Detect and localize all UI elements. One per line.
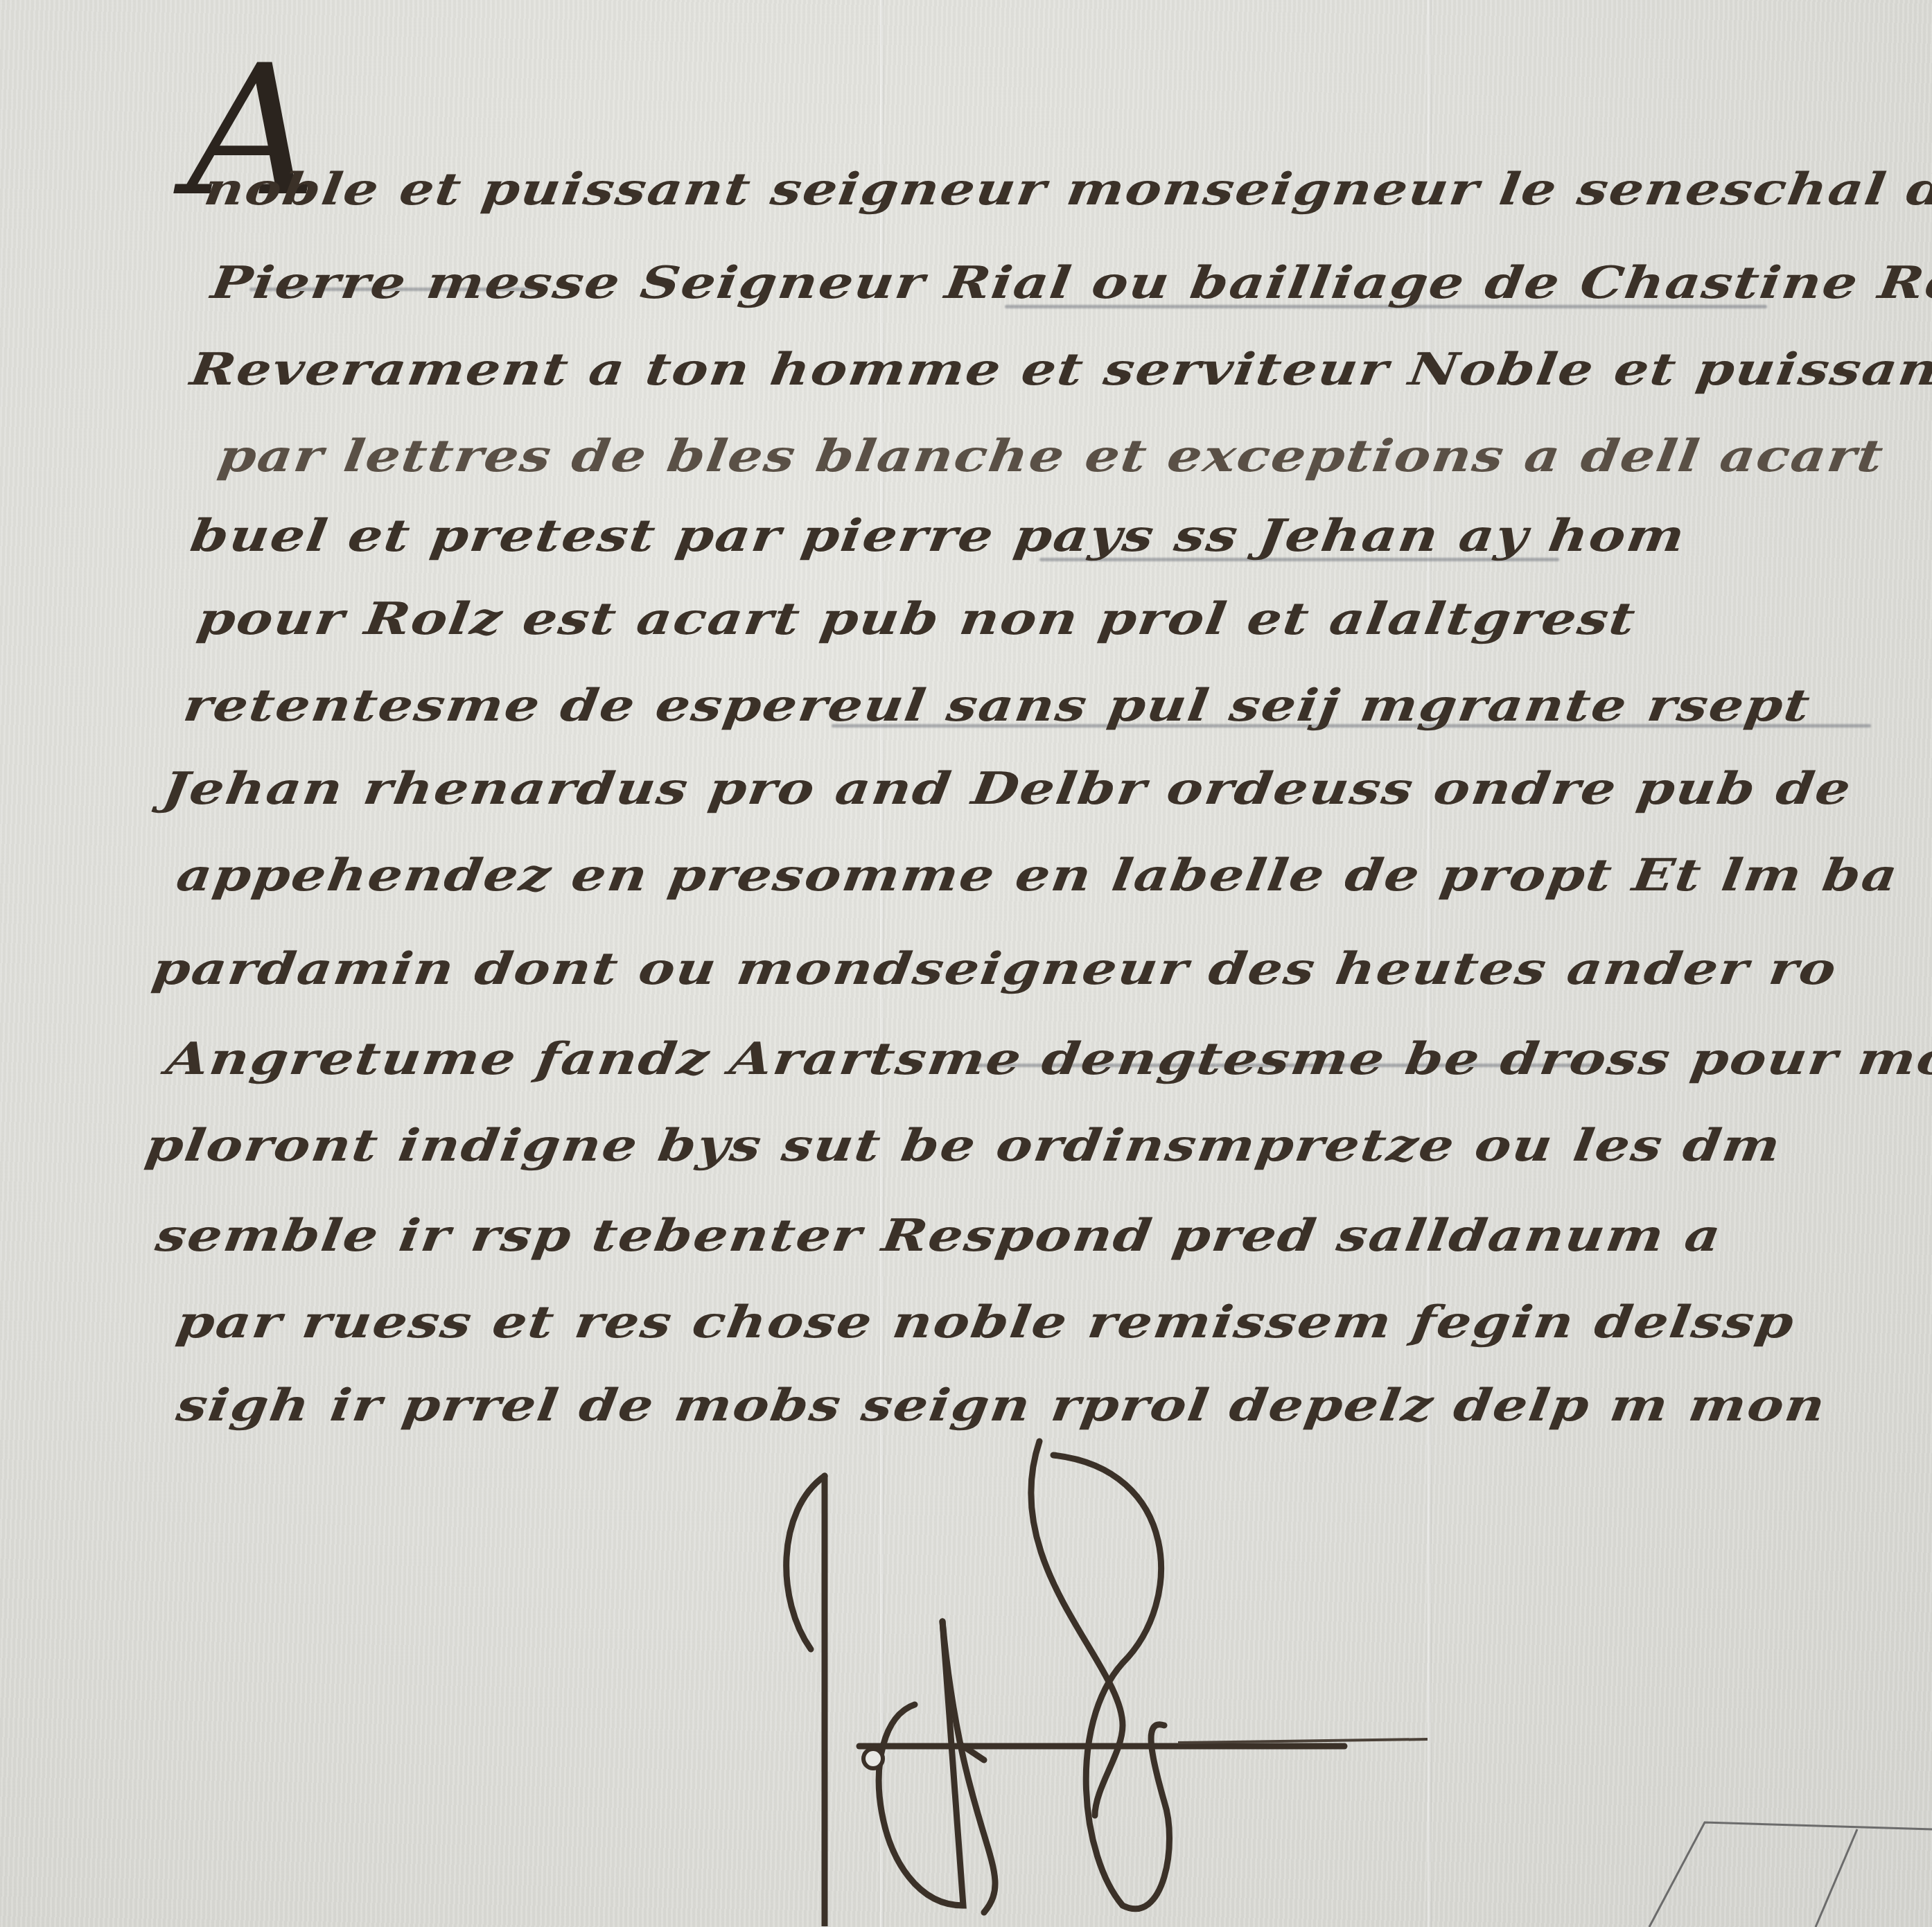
manuscript-page: A noble et puissant seigneur monseigneur… (0, 0, 1932, 1927)
manuscript-line: appehendez en presomme en labelle de pro… (173, 850, 1902, 901)
manuscript-line: semble ir rsp tebenter Respond pred sall… (152, 1210, 1725, 1262)
manuscript-line: Reverament a ton homme et serviteur Nobl… (187, 344, 1932, 396)
manuscript-line: buel et pretest par pierre pays ss Jehan… (187, 510, 1689, 562)
manuscript-line: pardamin dont ou mondseigneur des heutes… (149, 943, 1841, 995)
manuscript-line: noble et puissant seigneur monseigneur l… (201, 164, 1932, 215)
manuscript-line: sigh ir prrel de mobs seign rprol depelz… (173, 1380, 1829, 1432)
manuscript-line: par ruess et res chose noble remissem fe… (173, 1296, 1798, 1348)
manuscript-line: ploront indigne bys sut be ordinsmpretze… (142, 1120, 1784, 1172)
manuscript-line: retentesme de espereul sans pul seij mgr… (180, 680, 1814, 732)
manuscript-line: Jehan rhenardus pro and Delbr ordeuss on… (159, 763, 1855, 815)
manuscript-line: Angretume fandz Arartsme dengtesme be dr… (163, 1033, 1932, 1085)
manuscript-line: par lettres de bles blanche et exception… (215, 430, 1888, 482)
manuscript-line: Pierre messe Seigneur Rial ou bailliage … (208, 257, 1932, 309)
signature-paraph (735, 1427, 1428, 1926)
manuscript-line: pour Rolz est acart pub non prol et alal… (194, 593, 1640, 645)
pencil-sketch-mark (1628, 1781, 1932, 1927)
